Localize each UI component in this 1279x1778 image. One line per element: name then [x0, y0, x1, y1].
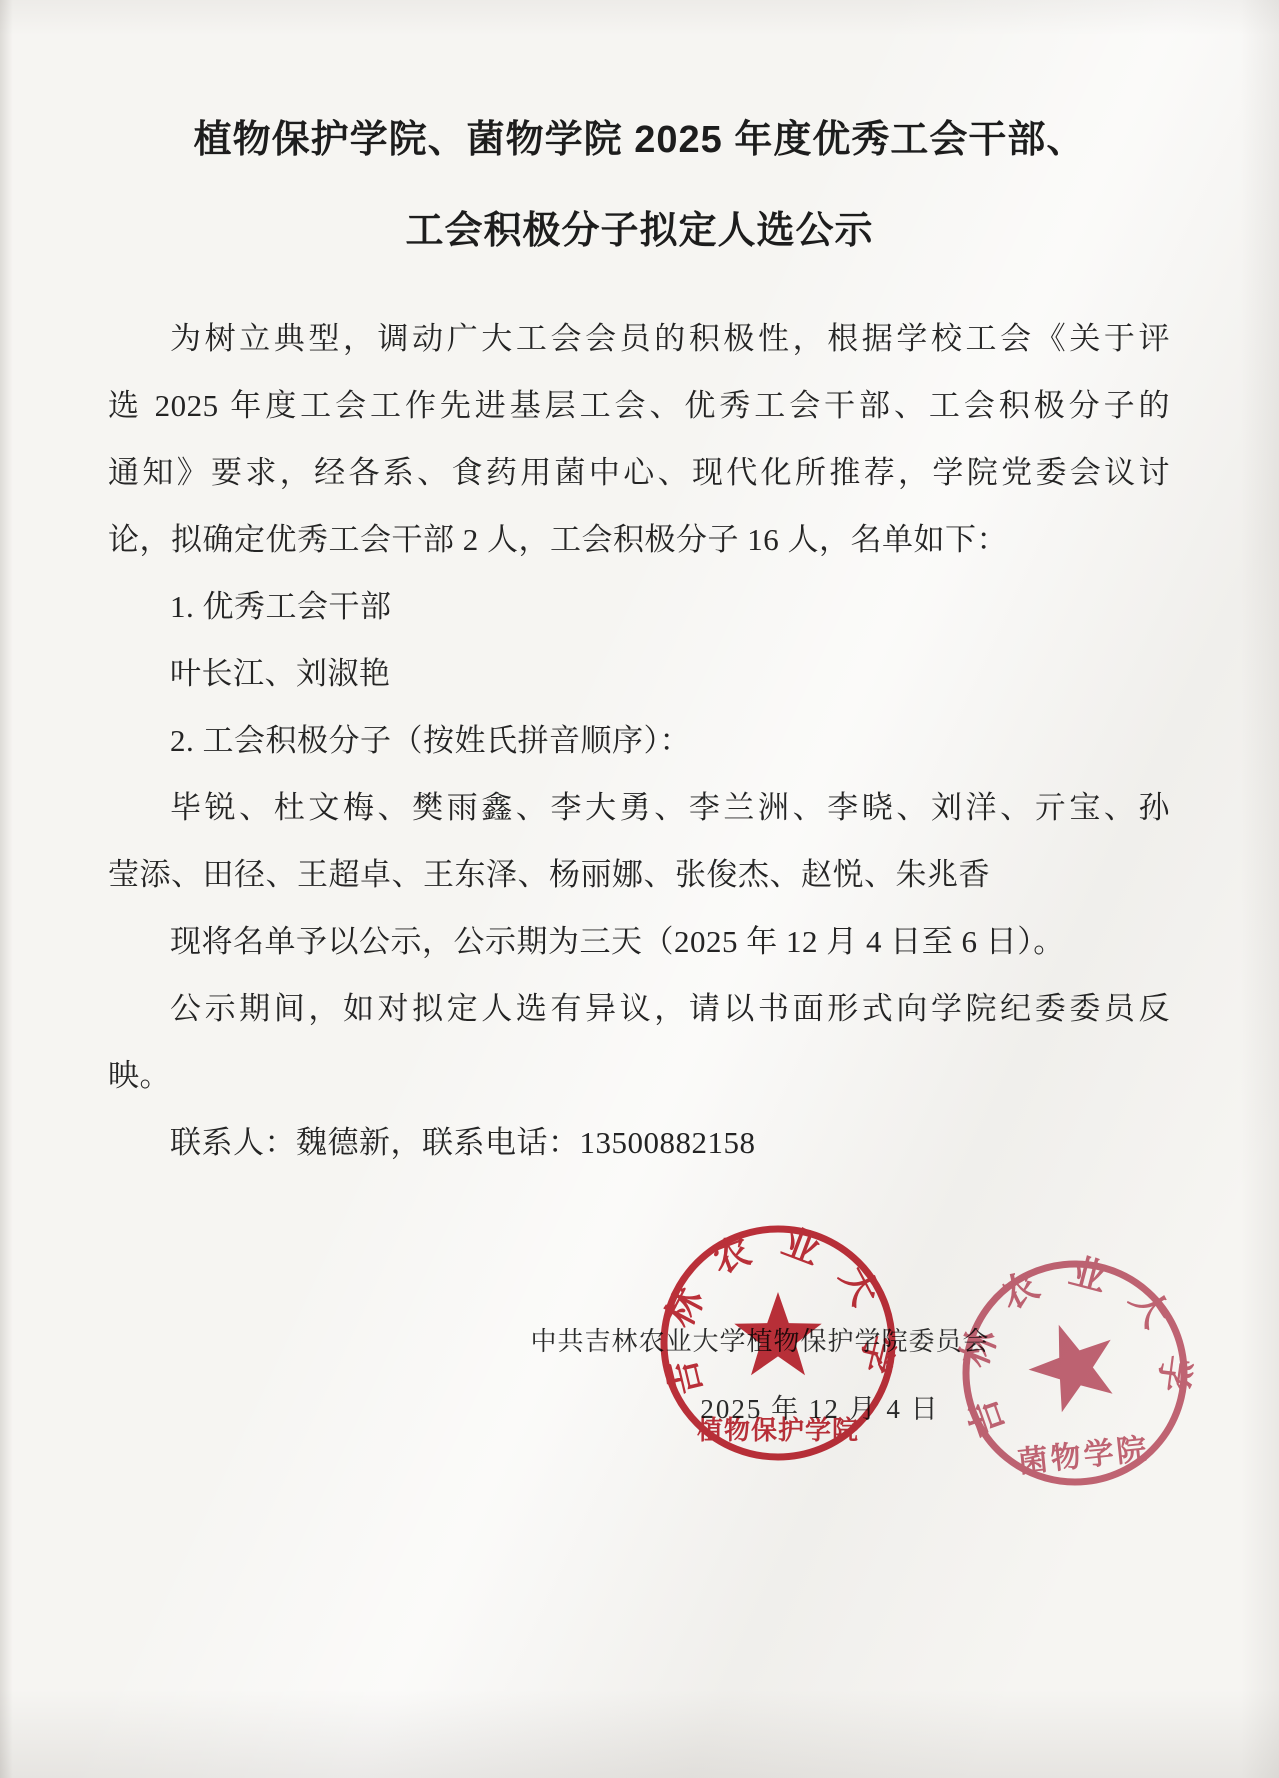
mycology-seal-icon: 吉林农业大学 菌物学院 [938, 1236, 1213, 1511]
stamp-plant-protection-college: 吉林农业大学 植物保护学院 [653, 1218, 903, 1468]
body-line: 映。 [108, 1042, 1170, 1109]
scanned-announcement-page: 植物保护学院、菌物学院 2025 年度优秀工会干部、 工会积极分子拟定人选公示 … [0, 0, 1279, 1778]
stamp-mycology-college: 吉林农业大学 菌物学院 [938, 1236, 1213, 1511]
plant-protection-seal-icon: 吉林农业大学 植物保护学院 [653, 1218, 903, 1468]
body-text: 为树立典型，调动广大工会会员的积极性，根据学校工会《关于评选 2025 年度工会… [108, 305, 1170, 1176]
body-line: 公示期间，如对拟定人选有异议，请以书面形式向学院纪委委员反 [108, 975, 1170, 1042]
body-line: 论，拟确定优秀工会干部 2 人，工会积极分子 16 人，名单如下： [108, 506, 1170, 573]
body-line: 联系人：魏德新，联系电话：13500882158 [108, 1109, 1170, 1176]
star-icon [734, 1292, 821, 1375]
star-icon [1018, 1310, 1129, 1418]
body-line: 通知》要求，经各系、食药用菌中心、现代化所推荐，学院党委会议讨 [108, 439, 1170, 506]
document-title-line1: 植物保护学院、菌物学院 2025 年度优秀工会干部、 [0, 118, 1279, 162]
body-line: 1. 优秀工会干部 [108, 573, 1170, 640]
body-line: 选 2025 年度工会工作先进基层工会、优秀工会干部、工会积极分子的 [108, 372, 1170, 439]
body-line: 毕锐、杜文梅、樊雨鑫、李大勇、李兰洲、李晓、刘洋、亓宝、孙 [108, 774, 1170, 841]
stamp-bottom-text: 植物保护学院 [697, 1415, 859, 1445]
body-line: 莹添、田径、王超卓、王东泽、杨丽娜、张俊杰、赵悦、朱兆香 [108, 841, 1170, 908]
body-line: 现将名单予以公示，公示期为三天（2025 年 12 月 4 日至 6 日）。 [108, 908, 1170, 975]
document-title-line2: 工会积极分子拟定人选公示 [0, 209, 1279, 253]
body-line: 2. 工会积极分子（按姓氏拼音顺序）： [108, 707, 1170, 774]
body-line: 为树立典型，调动广大工会会员的积极性，根据学校工会《关于评 [108, 305, 1170, 372]
body-line: 叶长江、刘淑艳 [108, 640, 1170, 707]
stamp-bottom-text: 菌物学院 [1016, 1433, 1151, 1480]
